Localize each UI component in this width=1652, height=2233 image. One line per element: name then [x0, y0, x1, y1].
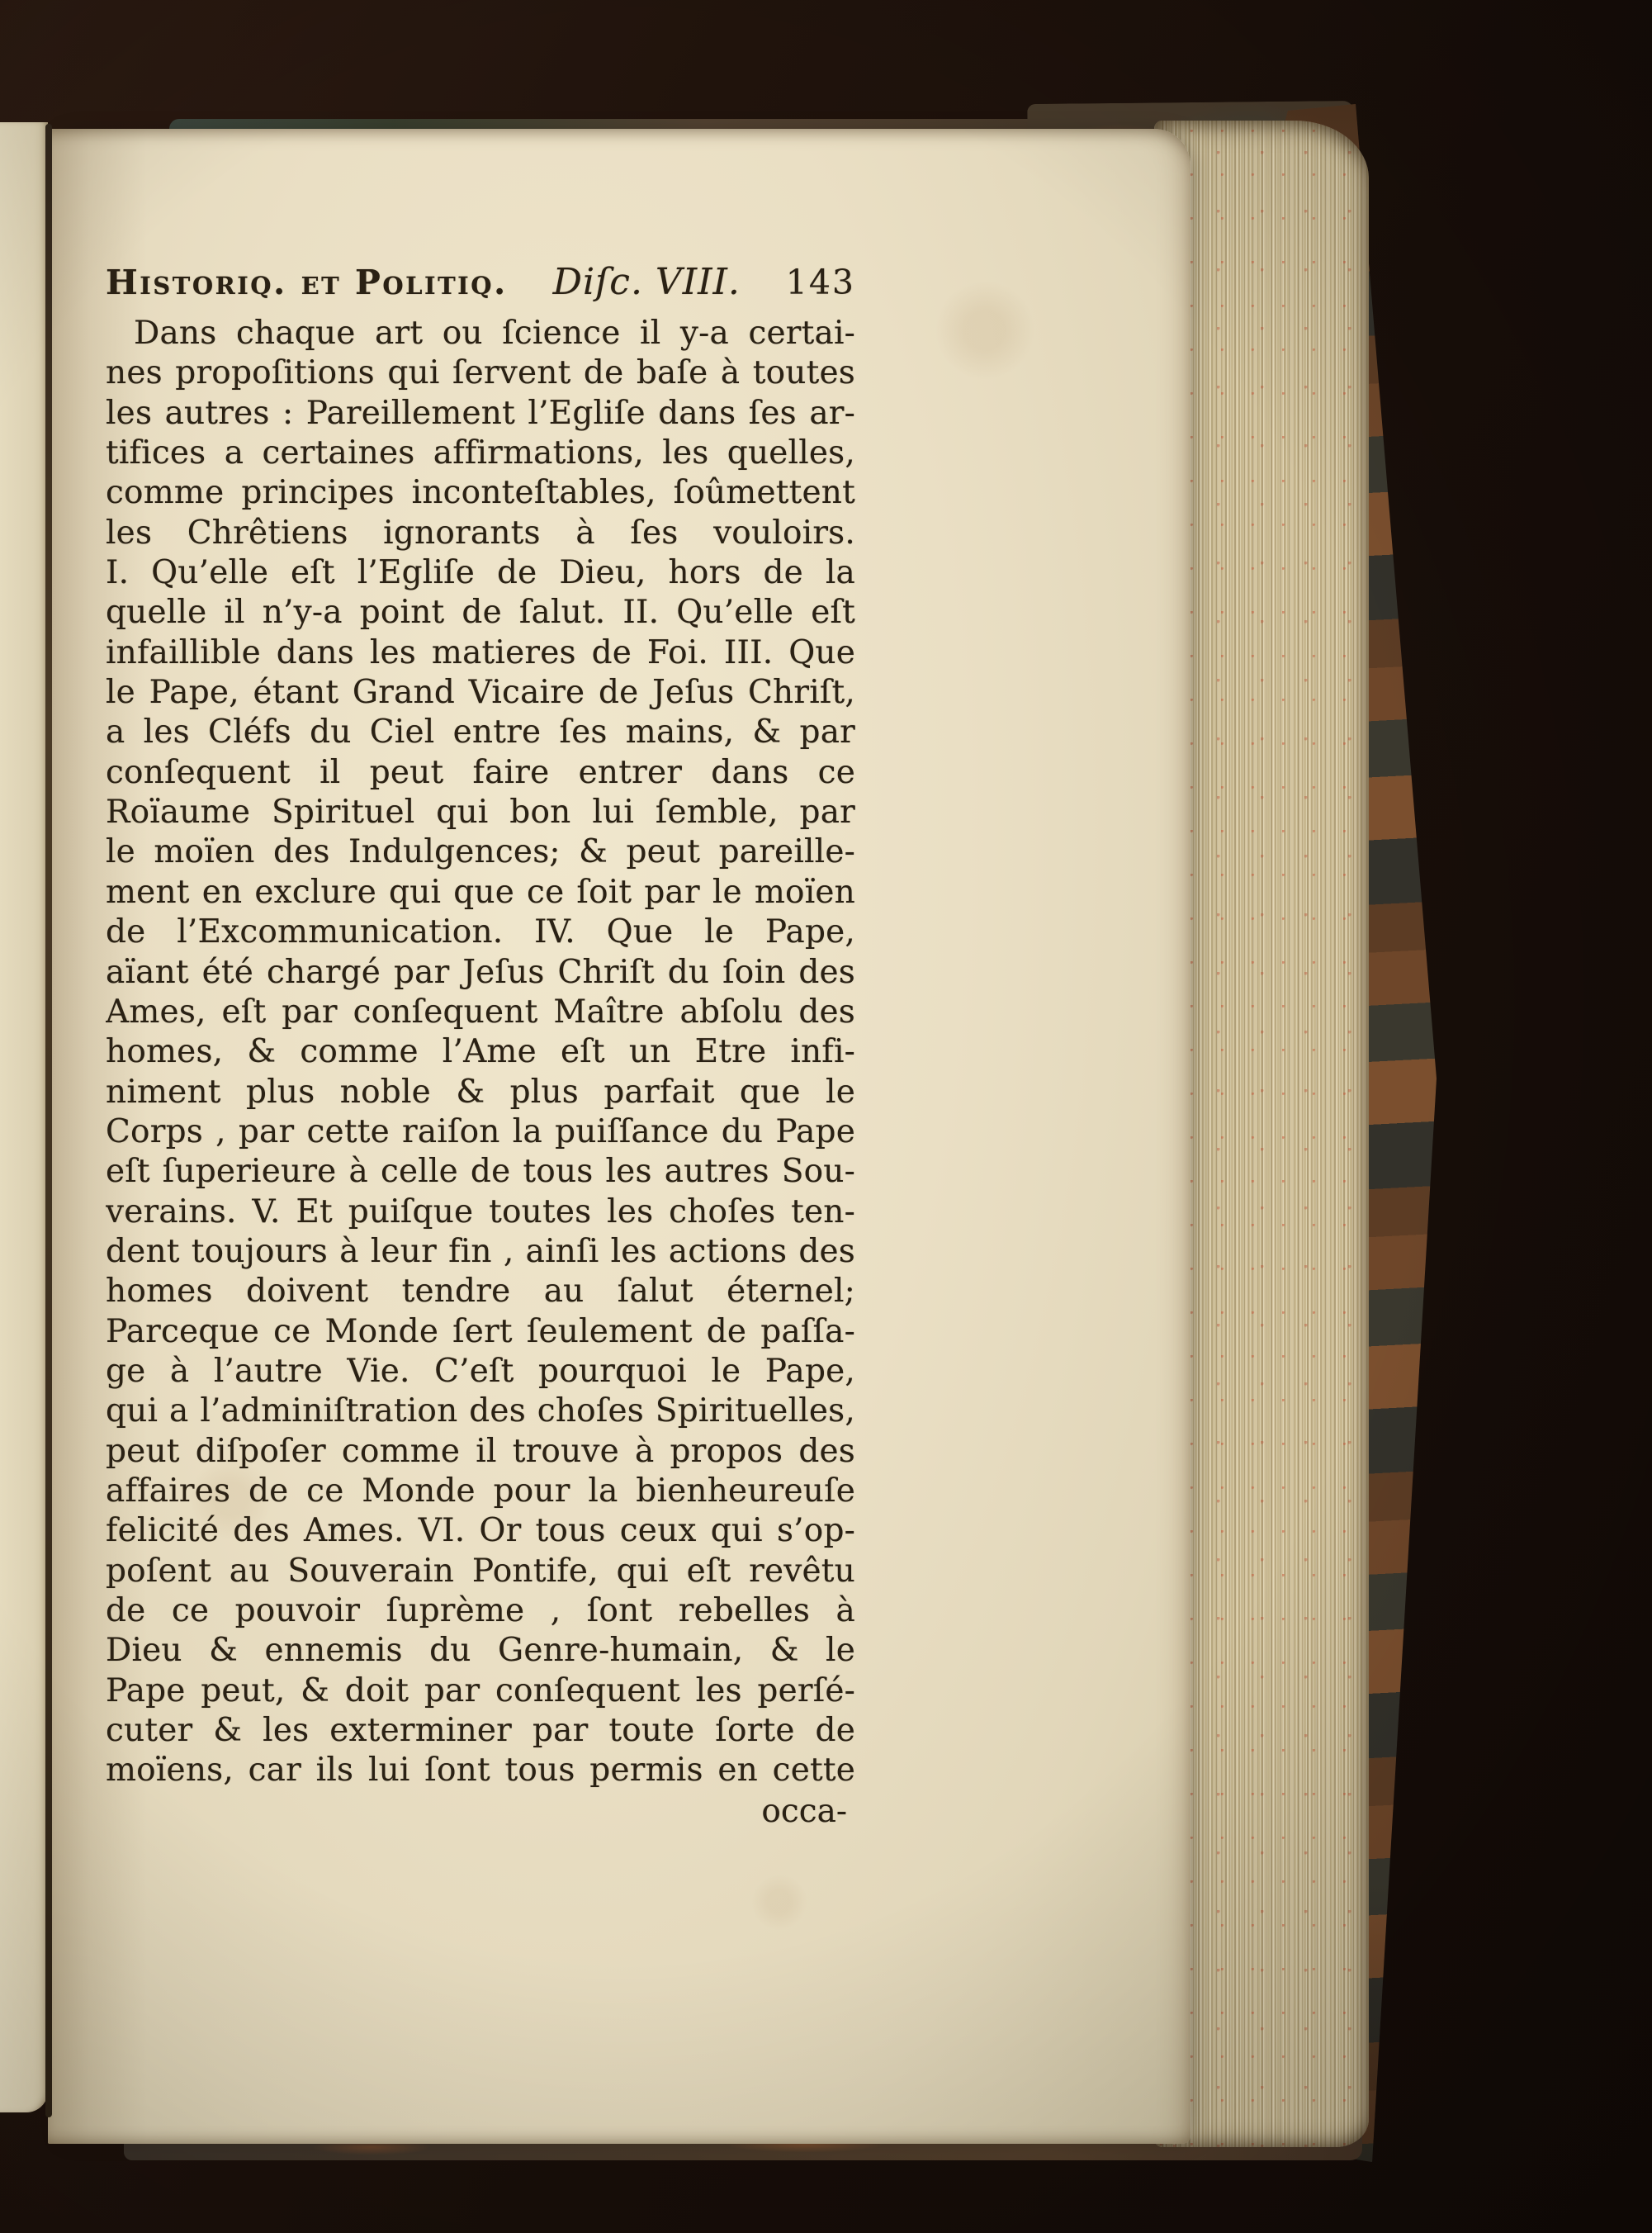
text-line: les autres : Pareillement l’Egliſe dans …: [106, 394, 855, 434]
text-line: comme principes inconteſtables, ſoûmette…: [106, 473, 855, 513]
text-line: peut diſpoſer comme il trouve à propos d…: [106, 1432, 855, 1472]
facing-page-sliver: [0, 122, 48, 2112]
text-line: ge à l’autre Vie. C’eſt pourquoi le Pape…: [106, 1352, 855, 1391]
running-title: Historiq. et Politiq.: [106, 263, 508, 302]
text-line: poſent au Souverain Pontife, qui eſt rev…: [106, 1552, 855, 1591]
text-line: Parceque ce Monde ſert ſeulement de paſſ…: [106, 1312, 855, 1352]
text-line: le Pape, étant Grand Vicaire de Jeſus Ch…: [106, 673, 855, 713]
text-line: homes, & comme l’Ame eſt un Etre infi-: [106, 1032, 855, 1072]
text-line: Ames, eſt par conſequent Maître abſolu d…: [106, 993, 855, 1032]
text-line: les Chrêtiens ignorants à ſes vouloirs.: [106, 514, 855, 553]
text-line: felicité des Ames. VI. Or tous ceux qui …: [106, 1511, 855, 1551]
text-line: a les Cléfs du Ciel entre ſes mains, & p…: [106, 713, 855, 752]
page-number: 143: [786, 263, 855, 302]
text-line: Corps , par cette raiſon la puiſſance du…: [106, 1112, 855, 1152]
text-line: Pape peut, & doit par conſequent les per…: [106, 1671, 855, 1711]
text-line: affaires de ce Monde pour la bienheureuſ…: [106, 1472, 855, 1511]
text-line: homes doivent tendre au ſalut éternel;: [106, 1272, 855, 1311]
text-line: aïant été chargé par Jeſus Chriſt du ſoi…: [106, 953, 855, 993]
section-title: Diſc. VIII.: [553, 261, 741, 303]
text-line: niment plus noble & plus parfait que le: [106, 1073, 855, 1112]
text-line: de l’Excommunication. IV. Que le Pape,: [106, 913, 855, 952]
text-line: Dans chaque art ou ſcience il y-a certai…: [106, 314, 855, 353]
text-line: dent toujours à leur fin , ainſi les act…: [106, 1232, 855, 1272]
text-line: Roïaume Spirituel qui bon lui ſemble, pa…: [106, 793, 855, 832]
text-line: Dieu & ennemis du Genre-humain, & le: [106, 1631, 855, 1671]
text-line: ment en exclure qui que ce ſoit par le m…: [106, 873, 855, 913]
text-line: cuter & les exterminer par toute ſorte d…: [106, 1711, 855, 1751]
page-content: Historiq. et Politiq. Diſc. VIII. 143 Da…: [106, 261, 855, 1832]
text-line: I. Qu’elle eſt l’Egliſe de Dieu, hors de…: [106, 553, 855, 593]
text-line: de ce pouvoir ſuprème , ſont rebelles à: [106, 1591, 855, 1631]
text-line: verains. V. Et puiſque toutes les choſes…: [106, 1192, 855, 1232]
book-page: Historiq. et Politiq. Diſc. VIII. 143 Da…: [48, 129, 1190, 2144]
text-line: eſt ſuperieure à celle de tous les autre…: [106, 1152, 855, 1192]
text-line: nes propoſitions qui ſervent de baſe à t…: [106, 353, 855, 393]
page-body: Dans chaque art ou ſcience il y-a certai…: [106, 314, 855, 1791]
text-line: tifices a certaines affirmations, les qu…: [106, 434, 855, 473]
text-line: conſequent il peut faire entrer dans ce: [106, 753, 855, 793]
text-line: le moïen des Indulgences; & peut pareill…: [106, 832, 855, 872]
text-line: quelle il n’y-a point de ſalut. II. Qu’e…: [106, 593, 855, 633]
gutter-line: [45, 124, 52, 2117]
text-line: infaillible dans les matieres de Foi. II…: [106, 633, 855, 673]
catchword: occa-: [106, 1791, 855, 1832]
text-line: qui a l’adminiſtration des choſes Spirit…: [106, 1391, 855, 1431]
page-header: Historiq. et Politiq. Diſc. VIII. 143: [106, 261, 855, 307]
text-line: moïens, car ils lui ſont tous permis en …: [106, 1751, 855, 1790]
